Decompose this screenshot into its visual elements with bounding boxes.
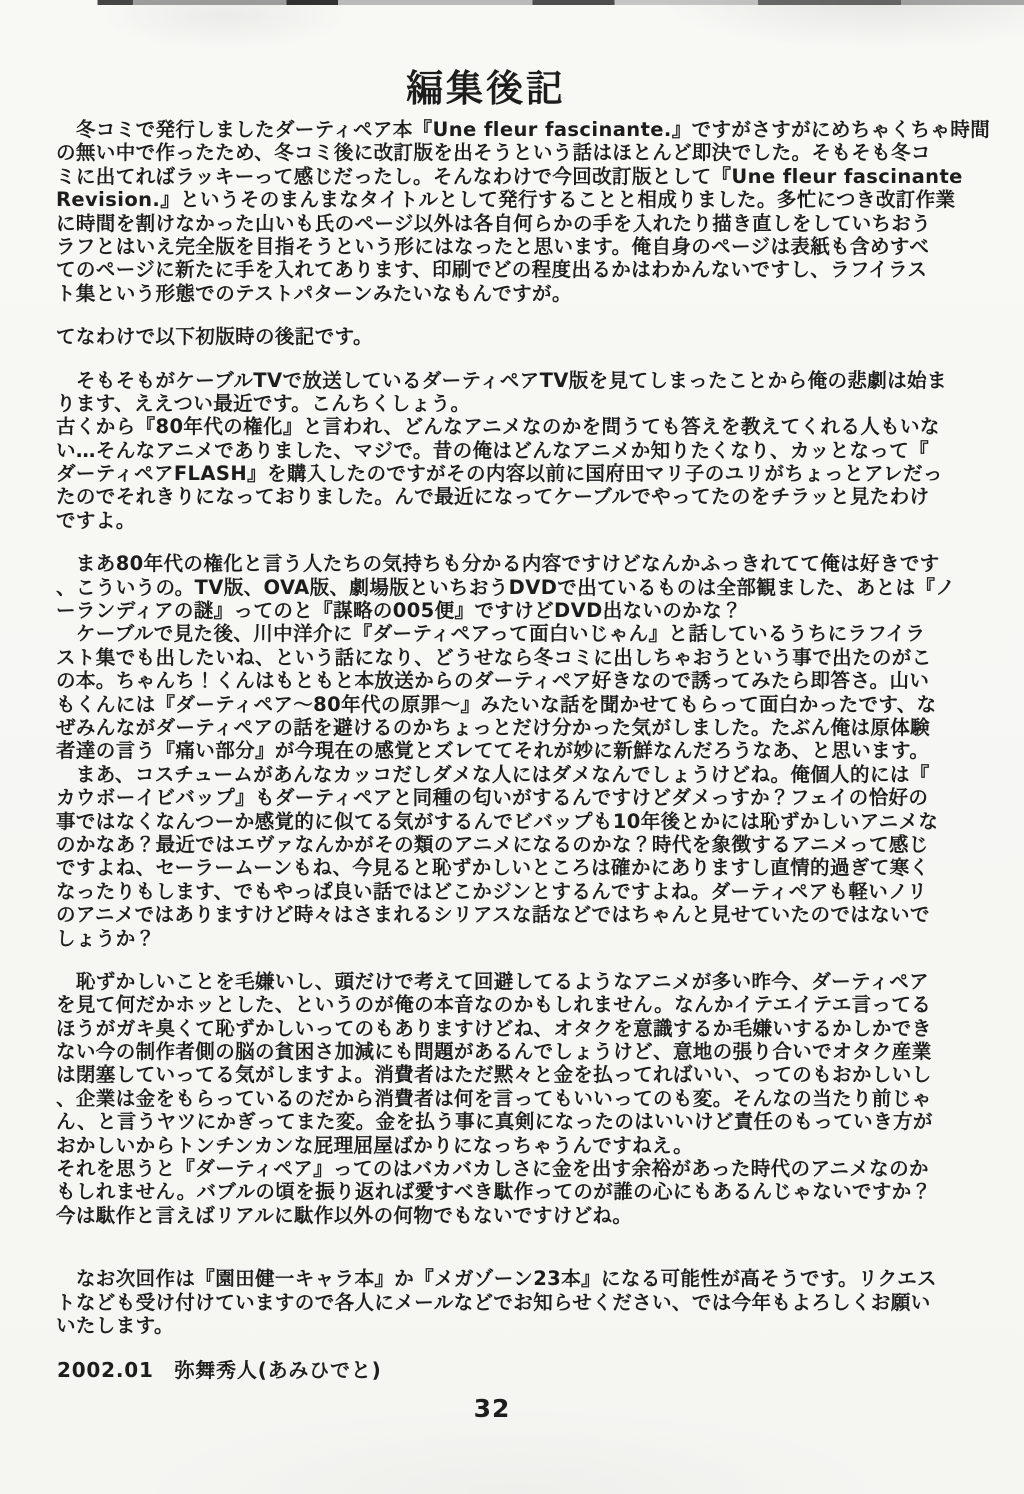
body-line: の本。ちゃんち！くんはもともと本放送からのダーティペア好きなので誘ってみたら即答… [56, 669, 968, 692]
body-line: 事ではなくなんつーか感覚的に似てる気がするんでビバップも10年後とかには恥ずかし… [56, 810, 968, 833]
page-title: 編集後記 [0, 58, 998, 112]
body-line: そもそもがケーブルTVで放送しているダーティペアTV版を見てしまったことから俺の… [56, 369, 968, 392]
body-line: を見て何だかホッとした、というのが俺の本音なのかもしれません。なんかイテエイテエ… [56, 993, 968, 1016]
body-line: てなわけで以下初版時の後記です。 [56, 325, 968, 348]
body-line: に時間を割けなかった山いも氏のページ以外は各自何らかの手を入れたり描き直しをして… [56, 212, 968, 235]
afterword-body: 冬コミで発行しましたダーティペア本『Une fleur fascinante.』… [56, 118, 968, 1337]
scan-edge-artifact [0, 0, 1024, 5]
paragraph-gap [56, 1247, 968, 1267]
body-line: 、企業は金をもらっているのだから消費者は何を言ってもいいってのも変。そんなの当た… [56, 1087, 968, 1110]
page-number: 32 [0, 1394, 1004, 1423]
paragraph-gap [56, 305, 968, 325]
body-line: ト集という形態でのテストパターンみたいなもんですが。 [56, 282, 968, 305]
body-line: は閉塞していってる気がしますよ。消費者はただ黙々と金を払ってればいい、ってのもお… [56, 1063, 968, 1086]
body-line: ケーブルで見た後、川中洋介に『ダーティペアって面白いじゃん』と話しているうちにラ… [56, 622, 968, 645]
body-line: たのでそれきりになっておりました。んで最近になってケーブルでやってたのをチラッと… [56, 485, 968, 508]
body-line: カウボーイビバップ』もダーティペアと同種の匂いがするんですけどダメっすか？フェイ… [56, 786, 968, 809]
body-line: ダーティペアFLASH』を購入したのですがその内容以前に国府田マリ子のユリがちょ… [56, 462, 968, 485]
body-line: 者達の言う『痛い部分』が今現在の感覚とズレててそれが妙に新鮮なんだろうなあ、と思… [56, 739, 968, 762]
body-line: てのページに新たに手を入れてあります、印刷でどの程度出るかはわかんないですし、ラ… [56, 258, 968, 281]
paragraph-gap [56, 950, 968, 970]
body-line: ります、ええつい最近です。こんちくしょう。 [56, 392, 968, 415]
body-line: ですよね、セーラームーンもね、今見ると恥ずかしいところは確かにありますし直情的過… [56, 856, 968, 879]
body-line: い…そんなアニメでありました、マジで。昔の俺はどんなアニメか知りたくなり、カッと… [56, 439, 968, 462]
body-line: の無い中で作ったため、冬コミ後に改訂版を出そうという話はほとんど即決でした。そも… [56, 141, 968, 164]
body-line: ラフとはいえ完全版を目指そうという形にはなったと思います。俺自身のページは表紙も… [56, 235, 968, 258]
body-line: トなども受け付けていますので各人にメールなどでお知らせください、では今年もよろし… [56, 1291, 968, 1314]
body-line: 冬コミで発行しましたダーティペア本『Une fleur fascinante.』… [56, 118, 968, 141]
body-line: ーランディアの謎』ってのと『謀略の005便』ですけどDVD出ないのかな？ [56, 599, 968, 622]
signature-line: 2002.01 弥舞秀人(あみひでと) [57, 1354, 382, 1383]
body-line: なったりもします、でもやっぱ良い話ではどこかジンとするんですよね。ダーティペアも… [56, 880, 968, 903]
body-line: いたします。 [56, 1314, 968, 1337]
body-line: しょうか？ [56, 927, 968, 950]
body-line: ぜみんながダーティペアの話を避けるのかちょっとだけ分かった気がしました。たぶん俺… [56, 716, 968, 739]
paragraph-gap [56, 1227, 968, 1247]
body-line: スト集でも出したいね、という話になり、どうせなら冬コミに出しちゃおうという事で出… [56, 646, 968, 669]
body-line: のかなあ？最近ではエヴァなんかがその類のアニメになるのかな？時代を象徴するアニメ… [56, 833, 968, 856]
body-line: Revision.』というそのまんまなタイトルとして発行することと相成りました。… [56, 188, 968, 211]
body-line: ミに出てればラッキーって感じだったし。そんなわけで今回改訂版として『Une fl… [56, 165, 968, 188]
body-line: 恥ずかしいことを毛嫌いし、頭だけで考えて回避してるようなアニメが多い昨今、ダーテ… [56, 970, 968, 993]
body-line: もくんには『ダーティペア～80年代の原罪～』みたいな話を聞かせてもらって面白かっ… [56, 693, 968, 716]
paragraph-gap [56, 349, 968, 369]
body-line: まあ80年代の権化と言う人たちの気持ちも分かる内容ですけどなんかふっきれてて俺は… [56, 552, 968, 575]
body-line: 、こういうの。TV版、OVA版、劇場版といちおうDVDで出ているものは全部観まし… [56, 576, 968, 599]
body-line: ですよ。 [56, 509, 968, 532]
body-line: ほうがガキ臭くて恥ずかしいってのもありますけどね、オタクを意識するか毛嫌いするか… [56, 1017, 968, 1040]
body-line: もしれません。バブルの頃を振り返れば愛すべき駄作ってのが誰の心にもあるんじゃない… [56, 1180, 968, 1203]
body-line: それを思うと『ダーティペア』ってのはバカバカしさに金を出す余裕があった時代のアニ… [56, 1157, 968, 1180]
paragraph-gap [56, 532, 968, 552]
body-line: まあ、コスチュームがあんなカッコだしダメな人にはダメなんでしょうけどね。俺個人的… [56, 763, 968, 786]
body-line: おかしいからトンチンカンな屁理屈屋ばかりになっちゃうんですねえ。 [56, 1134, 968, 1157]
body-line: ん、と言うヤツにかぎってまた変。金を払う事に真剣になったのはいいけど責任のもって… [56, 1110, 968, 1133]
body-line: のアニメではありますけど時々はさまれるシリアスな話などではちゃんと見せていたので… [56, 903, 968, 926]
scanned-page: 編集後記 冬コミで発行しましたダーティペア本『Une fleur fascina… [0, 0, 1024, 1494]
body-line: 今は駄作と言えばリアルに駄作以外の何物でもないですけどね。 [56, 1204, 968, 1227]
body-line: ない今の制作者側の脳の貧困さ加減にも問題があるんでしょうけど、意地の張り合いでオ… [56, 1040, 968, 1063]
body-line: 古くから『80年代の権化』と言われ、どんなアニメなのかを問うても答えを教えてくれ… [56, 415, 968, 438]
body-line: なお次回作は『園田健一キャラ本』か『メガゾーン23本』になる可能性が高そうです。… [56, 1267, 968, 1290]
